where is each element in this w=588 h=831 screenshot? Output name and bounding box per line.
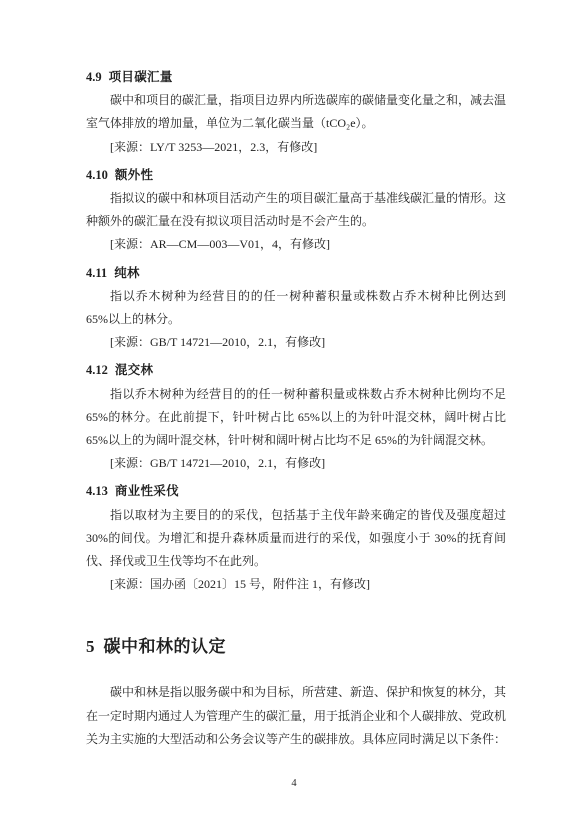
chapter-title: 碳中和林的认定 (104, 637, 227, 656)
source-citation: [来源：GB/T 14721—2010，2.1，有修改] (86, 452, 506, 475)
section-heading: 4.11纯林 (86, 262, 506, 285)
source-citation: [来源：GB/T 14721—2010，2.1，有修改] (86, 331, 506, 354)
section-number: 4.9 (86, 70, 102, 84)
section-paragraph: 碳中和项目的碳汇量，指项目边界内所选碳库的碳储量变化量之和，减去温室气体排放的增… (86, 89, 506, 135)
page-content: 4.9项目碳汇量 碳中和项目的碳汇量，指项目边界内所选碳库的碳储量变化量之和，减… (86, 66, 506, 751)
section-heading: 4.12混交林 (86, 359, 506, 382)
source-citation: [来源：国办函〔2021〕15 号，附件注 1，有修改] (86, 573, 506, 596)
section-title: 项目碳汇量 (109, 70, 173, 84)
section-paragraph: 指以乔木树种为经营目的的任一树种蓄积量或株数占乔木树种比例达到 65%以上的林分… (86, 285, 506, 331)
section-number: 4.13 (86, 484, 108, 498)
chapter-paragraph: 碳中和林是指以服务碳中和为目标，所营建、新造、保护和恢复的林分，其在一定时期内通… (86, 681, 506, 751)
page-number: 4 (0, 777, 588, 791)
section-4-12: 4.12混交林 指以乔木树种为经营目的的任一树种蓄积量或株数占乔木树种比例均不足… (86, 359, 506, 475)
chapter-5: 5碳中和林的认定 碳中和林是指以服务碳中和为目标，所营建、新造、保护和恢复的林分… (86, 633, 506, 751)
section-number: 4.10 (86, 168, 108, 182)
section-paragraph: 指以取材为主要目的的采伐，包括基于主伐年龄来确定的皆伐及强度超过 30%的间伐。… (86, 504, 506, 574)
chapter-heading: 5碳中和林的认定 (86, 633, 506, 660)
section-paragraph: 指以乔木树种为经营目的的任一树种蓄积量或株数占乔木树种比例均不足 65%的林分。… (86, 383, 506, 453)
chapter-number: 5 (86, 637, 95, 656)
section-heading: 4.13商业性采伐 (86, 480, 506, 503)
section-heading: 4.10额外性 (86, 164, 506, 187)
section-number: 4.12 (86, 363, 108, 377)
document-page: 4.9项目碳汇量 碳中和项目的碳汇量，指项目边界内所选碳库的碳储量变化量之和，减… (0, 0, 588, 831)
section-4-13: 4.13商业性采伐 指以取材为主要目的的采伐，包括基于主伐年龄来确定的皆伐及强度… (86, 480, 506, 596)
section-4-11: 4.11纯林 指以乔木树种为经营目的的任一树种蓄积量或株数占乔木树种比例达到 6… (86, 262, 506, 355)
section-heading: 4.9项目碳汇量 (86, 66, 506, 89)
source-citation: [来源：LY/T 3253—2021，2.3，有修改] (86, 136, 506, 159)
source-citation: [来源：AR—CM—003—V01，4，有修改] (86, 233, 506, 256)
section-4-9: 4.9项目碳汇量 碳中和项目的碳汇量，指项目边界内所选碳库的碳储量变化量之和，减… (86, 66, 506, 159)
section-number: 4.11 (86, 266, 107, 280)
section-4-10: 4.10额外性 指拟议的碳中和林项目活动产生的项目碳汇量高于基准线碳汇量的情形。… (86, 164, 506, 257)
section-paragraph: 指拟议的碳中和林项目活动产生的项目碳汇量高于基准线碳汇量的情形。这种额外的碳汇量… (86, 187, 506, 233)
section-title: 纯林 (114, 266, 140, 280)
section-title: 混交林 (115, 363, 153, 377)
section-title: 额外性 (115, 168, 153, 182)
section-title: 商业性采伐 (115, 484, 179, 498)
